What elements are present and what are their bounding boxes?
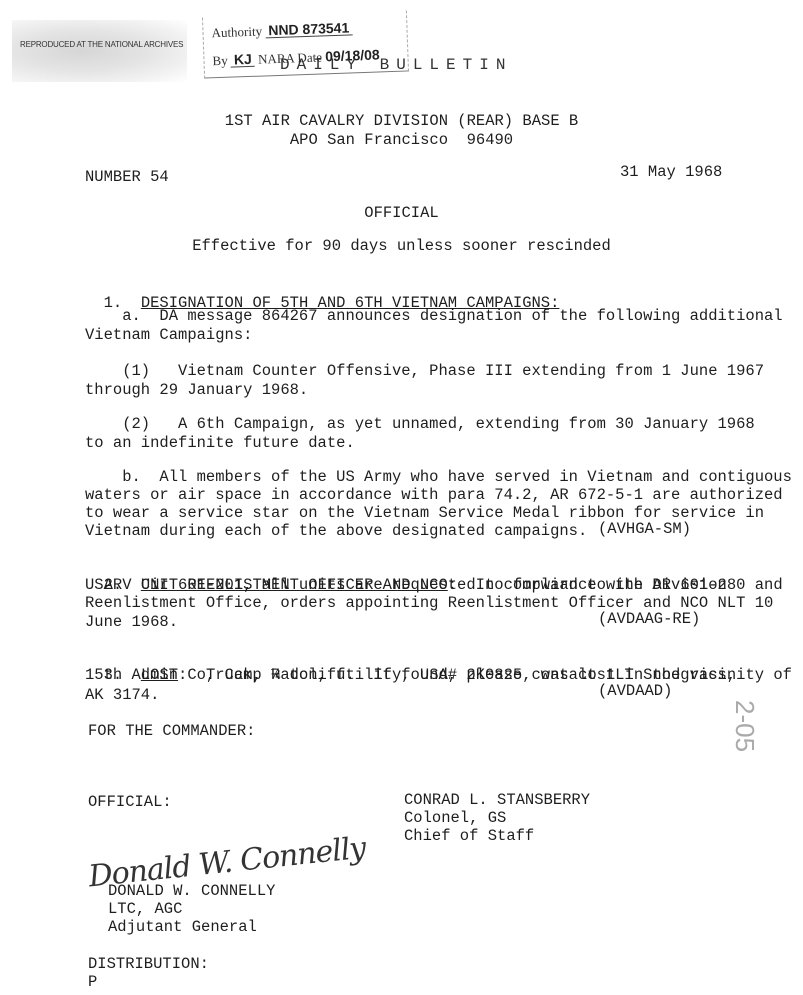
item-2-line-4: June 1968. xyxy=(85,613,178,631)
item-1-sub2-line-2: to an indefinite future date. xyxy=(85,434,355,452)
by-value: KJ xyxy=(231,52,255,68)
item-1-sub1-line-2: through 29 January 1968. xyxy=(85,381,308,399)
item-3-line-3: AK 3174. xyxy=(85,686,159,704)
for-the-commander: FOR THE COMMANDER: xyxy=(88,722,255,740)
item-1b-line-1: b. All members of the US Army who have s… xyxy=(85,468,792,486)
unit-address: APO San Francisco 96490 xyxy=(0,131,803,149)
item-1-sub1-line-1: (1) Vietnam Counter Offensive, Phase III… xyxy=(85,362,764,380)
official-label: OFFICIAL: xyxy=(88,793,172,811)
national-archives-stamp: REPRODUCED AT THE NATIONAL ARCHIVES xyxy=(12,20,187,82)
by-label: By xyxy=(212,53,228,69)
item-2-reference: (AVDAAG-RE) xyxy=(598,610,700,628)
classification: OFFICIAL xyxy=(0,204,803,222)
margin-handwritten-note: 2-05 xyxy=(729,700,760,752)
unit-name: 1ST AIR CAVALRY DIVISION (REAR) BASE B xyxy=(0,112,803,130)
archive-stamp-text: REPRODUCED AT THE NATIONAL ARCHIVES xyxy=(20,40,183,49)
item-1b-line-4: Vietnam during each of the above designa… xyxy=(85,522,587,540)
signer-name: DONALD W. CONNELLY xyxy=(108,882,275,900)
item-1b-line-2: waters or air space in accordance with p… xyxy=(85,486,783,504)
commander-name: CONRAD L. STANSBERRY xyxy=(404,791,590,809)
item-1b-reference: (AVHGA-SM) xyxy=(598,520,691,538)
authority-value: NND 873541 xyxy=(265,20,352,38)
effective-notice: Effective for 90 days unless sooner resc… xyxy=(0,237,803,255)
commander-title: Chief of Staff xyxy=(404,827,534,845)
bulletin-number: NUMBER 54 xyxy=(85,168,169,186)
signer-title: Adjutant General xyxy=(108,918,257,936)
signer-rank: LTC, AGC xyxy=(108,900,182,918)
item-1a-line-2: Vietnam Campaigns: xyxy=(85,326,252,344)
authority-label: Authority xyxy=(211,24,262,41)
item-2-line-2: USARV Cir 601-201, all units are request… xyxy=(85,576,727,594)
item-3-reference: (AVDAAD) xyxy=(598,682,672,700)
item-1a-line-1: a. DA message 864267 announces designati… xyxy=(85,307,783,325)
commander-rank: Colonel, GS xyxy=(404,809,506,827)
distribution-label: DISTRIBUTION: xyxy=(88,955,209,973)
bulletin-date: 31 May 1968 xyxy=(620,163,722,181)
distribution-value: P xyxy=(88,973,97,991)
bulletin-title: DAILY BULLETIN xyxy=(280,56,512,74)
item-1-sub2-line-1: (2) A 6th Campaign, as yet unnamed, exte… xyxy=(85,415,755,433)
